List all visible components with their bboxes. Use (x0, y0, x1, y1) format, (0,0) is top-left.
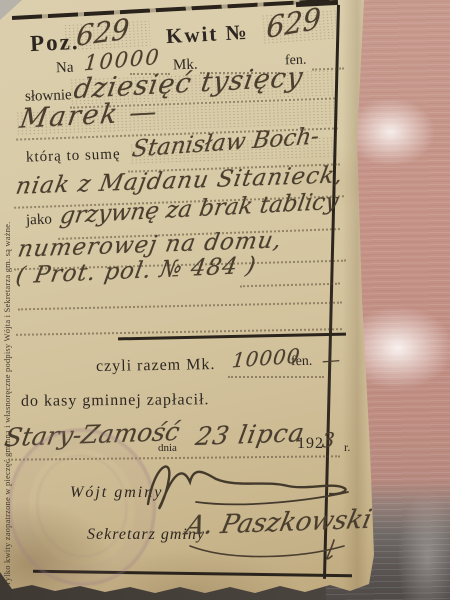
kasa-line: do kasy gminnej zapłacił. (21, 391, 210, 411)
jako-label: jako (26, 212, 52, 230)
commune-seal-inner-ring (30, 449, 133, 563)
razem-label: czyli razem Mk. (96, 356, 216, 376)
dotted-line (228, 374, 324, 378)
date-value: 23 lipca (193, 418, 307, 451)
receipt-photo: Poz. 629 Kwit № 629 Na 10000 Mk. fen. sł… (0, 0, 450, 600)
margin-note: Tylko kwity zaopatrzone w pieczęć gminną… (2, 30, 12, 586)
suma-label: którą to sumę (26, 146, 121, 166)
kwit-label: Kwit № (165, 20, 249, 49)
razem-fen-label: fen. (291, 354, 313, 370)
year-digit: 3 (321, 428, 336, 453)
razem-dash: — (321, 349, 340, 371)
year-printed: 192 (297, 435, 324, 453)
poz-label: Poz. (29, 29, 80, 57)
na-label: Na (56, 60, 74, 78)
sekretarz-signature-flourish (182, 538, 354, 572)
